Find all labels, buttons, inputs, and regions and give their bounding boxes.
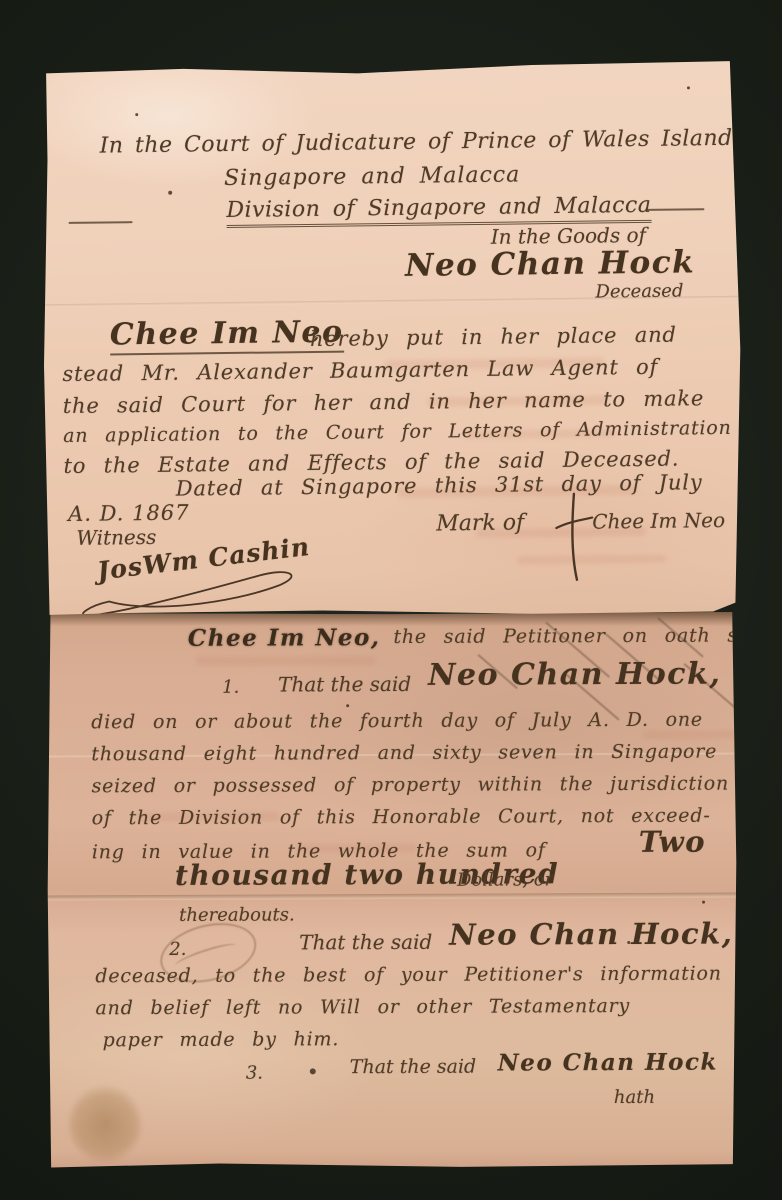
after-sum: Dollars, or xyxy=(457,869,553,890)
petition-opening: Chee Im Neo, the said Petitioner on oath… xyxy=(188,622,782,652)
year-line: A. D. 1867 xyxy=(68,500,190,525)
item3-lead: That the said xyxy=(350,1056,476,1079)
document-photo: Chee Im Neo, the said Petitioner on oath… xyxy=(0,0,782,1200)
item2-body-line: deceased, to the best of your Petitioner… xyxy=(95,963,722,988)
ghost-text xyxy=(642,730,742,738)
item1-lead: That the said xyxy=(278,672,411,697)
item2-body-line: and belief left no Will or other Testame… xyxy=(95,995,630,1019)
item3-tail: hath xyxy=(614,1087,655,1108)
court-heading-line1: In the Court of Judicature of Prince of … xyxy=(99,126,732,159)
item2-body-line: paper made by him. xyxy=(103,1028,340,1051)
court-heading-line2: Singapore and Malacca xyxy=(224,162,521,191)
petition-content: Chee Im Neo, the said Petitioner on oath… xyxy=(46,610,738,1169)
item1-body-line: seized or possessed of property within t… xyxy=(91,773,729,798)
para-line: stead Mr. Alexander Baumgarten Law Agent… xyxy=(62,355,658,386)
item1-tail: thereabouts. xyxy=(179,904,295,926)
item2-number: 2. xyxy=(169,939,186,960)
deceased-name: Neo Chan Hock, xyxy=(428,657,721,693)
petitioner-name: Chee Im Neo xyxy=(110,315,344,356)
foxing-speck xyxy=(346,704,349,707)
petition-sheet: Chee Im Neo, the said Petitioner on oath… xyxy=(47,612,737,1168)
appointment-sheet: In the Court of Judicature of Prince of … xyxy=(44,60,741,616)
appointment-content: In the Court of Judicature of Prince of … xyxy=(41,56,745,620)
petition-opening-rest: the said Petitioner on oath saith, xyxy=(393,624,782,648)
witness-signature-flourish xyxy=(79,559,320,620)
item1-body-line: thousand eight hundred and sixty seven i… xyxy=(91,741,717,766)
para-line: an application to the Court for Letters … xyxy=(63,417,732,447)
fold-crease xyxy=(47,892,737,900)
sum-word: Two xyxy=(639,825,706,859)
foxing-speck xyxy=(702,901,705,904)
ghost-text xyxy=(196,656,376,666)
dated-line: Dated at Singapore this 31st day of July xyxy=(176,470,703,500)
foxing-speck xyxy=(310,1068,316,1074)
heading-dash-left xyxy=(69,221,133,224)
goods-deceased-name: Neo Chan Hock xyxy=(405,244,695,284)
item1-body-line: died on or about the fourth day of July … xyxy=(91,709,703,734)
item3-number: 3. xyxy=(246,1063,263,1084)
item1-body-line: of the Division of this Honorable Court,… xyxy=(92,805,711,830)
petitioner-mark-x xyxy=(552,492,595,585)
item2-lead: That the said xyxy=(299,930,432,955)
heading-dash-right xyxy=(646,208,704,211)
para-line: hereby put in her place and xyxy=(310,323,677,351)
mark-name: Chee Im Neo xyxy=(592,508,725,534)
witness-label: Witness xyxy=(76,525,156,550)
goods-deceased-label: Deceased xyxy=(595,280,683,302)
mark-of-label: Mark of xyxy=(436,510,524,536)
item1-number: 1. xyxy=(222,677,239,698)
foxing-speck xyxy=(687,86,690,89)
deceased-name: Neo Chan Hock, xyxy=(449,917,733,952)
stain xyxy=(68,1085,142,1163)
foxing-speck xyxy=(168,191,172,195)
petitioner-name: Chee Im Neo, xyxy=(188,624,381,652)
deceased-name: Neo Chan Hock xyxy=(498,1049,718,1077)
foxing-speck xyxy=(135,113,138,116)
para-line: the said Court for her and in her name t… xyxy=(63,386,705,418)
